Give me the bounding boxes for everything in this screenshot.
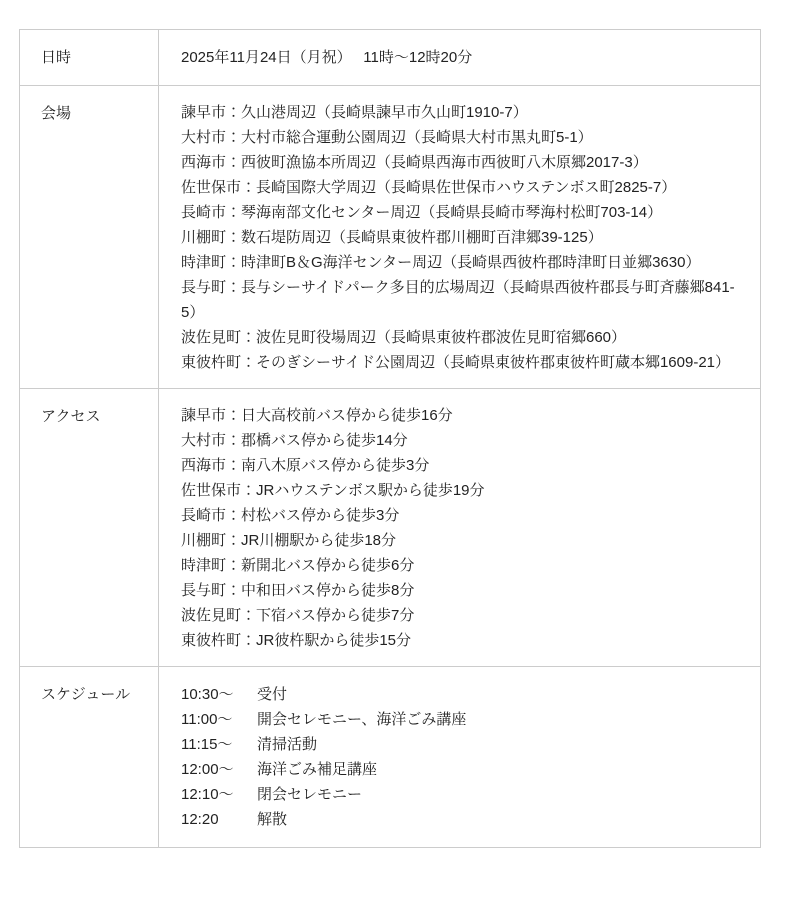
venue-line: 東彼杵町：そのぎシーサイド公園周辺（長崎県東彼杵郡東彼杵町蔵本郷1609-21） [181, 350, 742, 375]
access-line: 諫早市：日大高校前バス停から徒歩16分 [181, 403, 742, 428]
access-line: 長与町：中和田バス停から徒歩8分 [181, 578, 742, 603]
venue-line: 大村市：大村市総合運動公園周辺（長崎県大村市黒丸町5-1） [181, 125, 742, 150]
access-line: 川棚町：JR川棚駅から徒歩18分 [181, 528, 742, 553]
venue-line: 諫早市：久山港周辺（長崎県諫早市久山町1910-7） [181, 100, 742, 125]
access-line: 時津町：新開北バス停から徒歩6分 [181, 553, 742, 578]
row-label-venue: 会場 [20, 86, 159, 388]
schedule-activity: 解散 [257, 807, 742, 832]
row-value-venue: 諫早市：久山港周辺（長崎県諫早市久山町1910-7） 大村市：大村市総合運動公園… [159, 86, 760, 388]
row-label-access: アクセス [20, 389, 159, 666]
access-line: 大村市：郡橋バス停から徒歩14分 [181, 428, 742, 453]
schedule-time: 11:15～ [181, 732, 257, 757]
event-info-table: 日時 2025年11月24日（月祝） 11時～12時20分 会場 諫早市：久山港… [19, 29, 761, 848]
schedule-time: 12:10～ [181, 782, 257, 807]
row-label-schedule: スケジュール [20, 667, 159, 847]
table-row-venue: 会場 諫早市：久山港周辺（長崎県諫早市久山町1910-7） 大村市：大村市総合運… [20, 85, 760, 388]
venue-line: 時津町：時津町B＆G海洋センター周辺（長崎県西彼杵郡時津町日並郷3630） [181, 250, 742, 275]
schedule-time: 10:30～ [181, 682, 257, 707]
table-row-schedule: スケジュール 10:30～ 受付 11:00～ 開会セレモニー、海洋ごみ講座 1… [20, 666, 760, 847]
schedule-line: 12:10～ 閉会セレモニー [181, 782, 742, 807]
schedule-activity: 受付 [257, 682, 742, 707]
row-value-access: 諫早市：日大高校前バス停から徒歩16分 大村市：郡橋バス停から徒歩14分 西海市… [159, 389, 760, 666]
venue-line: 川棚町：数石堤防周辺（長崎県東彼杵郡川棚町百津郷39-125） [181, 225, 742, 250]
access-line: 佐世保市：JRハウステンボス駅から徒歩19分 [181, 478, 742, 503]
access-line: 波佐見町：下宿バス停から徒歩7分 [181, 603, 742, 628]
schedule-line: 12:20 解散 [181, 807, 742, 832]
venue-line: 佐世保市：長崎国際大学周辺（長崎県佐世保市ハウステンボス町2825-7） [181, 175, 742, 200]
schedule-line: 11:15～ 清掃活動 [181, 732, 742, 757]
schedule-line: 11:00～ 開会セレモニー、海洋ごみ講座 [181, 707, 742, 732]
access-line: 西海市：南八木原バス停から徒歩3分 [181, 453, 742, 478]
row-value-schedule: 10:30～ 受付 11:00～ 開会セレモニー、海洋ごみ講座 11:15～ 清… [159, 667, 760, 847]
row-value-datetime: 2025年11月24日（月祝） 11時～12時20分 [159, 30, 760, 85]
schedule-activity: 海洋ごみ補足講座 [257, 757, 742, 782]
schedule-time: 12:00～ [181, 757, 257, 782]
schedule-activity: 清掃活動 [257, 732, 742, 757]
schedule-line: 12:00～ 海洋ごみ補足講座 [181, 757, 742, 782]
schedule-time: 12:20 [181, 807, 257, 832]
page: 日時 2025年11月24日（月祝） 11時～12時20分 会場 諫早市：久山港… [0, 0, 800, 902]
datetime-value: 2025年11月24日（月祝） 11時～12時20分 [181, 45, 742, 70]
access-line: 長崎市：村松バス停から徒歩3分 [181, 503, 742, 528]
table-row-datetime: 日時 2025年11月24日（月祝） 11時～12時20分 [20, 30, 760, 85]
row-label-datetime: 日時 [20, 30, 159, 85]
venue-line: 長崎市：琴海南部文化センター周辺（長崎県長崎市琴海村松町703-14） [181, 200, 742, 225]
venue-line: 波佐見町：波佐見町役場周辺（長崎県東彼杵郡波佐見町宿郷660） [181, 325, 742, 350]
access-line: 東彼杵町：JR彼杵駅から徒歩15分 [181, 628, 742, 653]
schedule-time: 11:00～ [181, 707, 257, 732]
schedule-line: 10:30～ 受付 [181, 682, 742, 707]
table-row-access: アクセス 諫早市：日大高校前バス停から徒歩16分 大村市：郡橋バス停から徒歩14… [20, 388, 760, 666]
schedule-activity: 閉会セレモニー [257, 782, 742, 807]
schedule-activity: 開会セレモニー、海洋ごみ講座 [257, 707, 742, 732]
venue-line: 西海市：西彼町漁協本所周辺（長崎県西海市西彼町八木原郷2017-3） [181, 150, 742, 175]
venue-line: 長与町：長与シーサイドパーク多目的広場周辺（長崎県西彼杵郡長与町斉藤郷841-5… [181, 275, 742, 325]
